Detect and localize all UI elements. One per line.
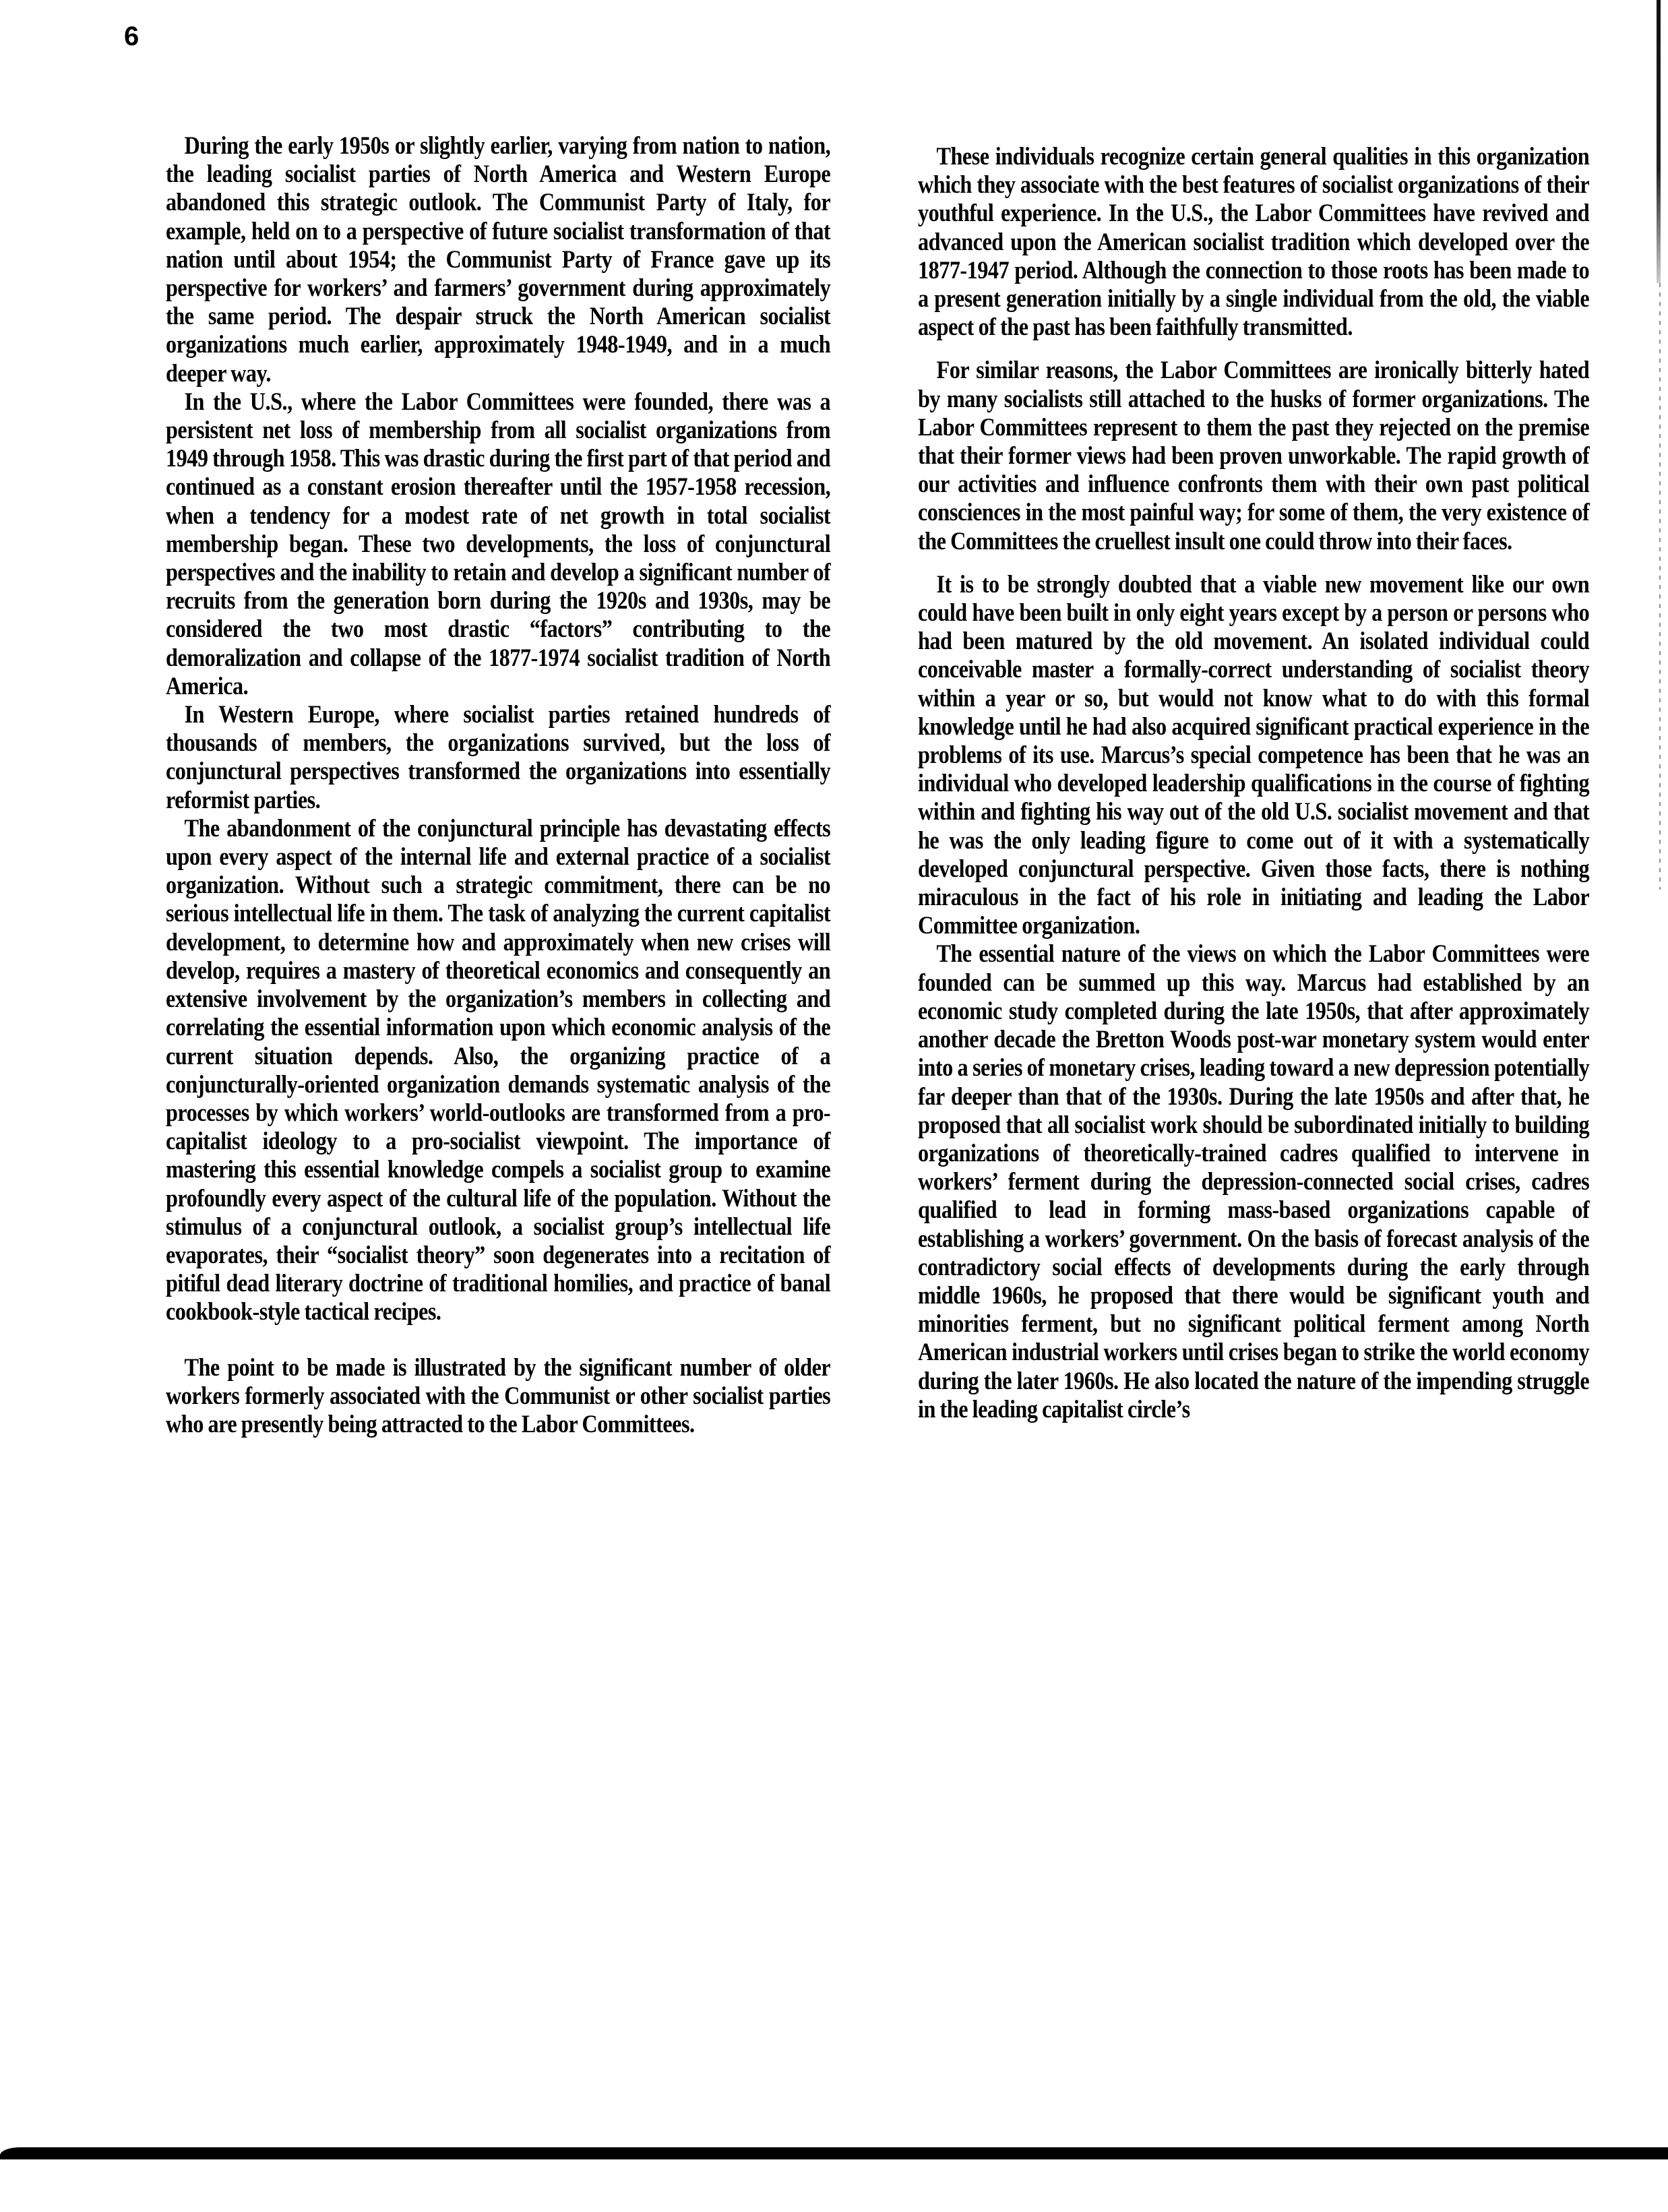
paragraph-these-individuals: These individuals recognize certain gene…	[918, 143, 1589, 342]
paragraph-point-to-be-made: The point to be made is illustrated by t…	[166, 1354, 830, 1440]
paragraph-essential-nature: The essential nature of the views on whi…	[918, 940, 1589, 1423]
paragraph-us-labor-committees: In the U.S., where the Labor Committees …	[166, 388, 830, 701]
scan-edge-dots	[1659, 283, 1661, 890]
right-column: These individuals recognize certain gene…	[918, 143, 1589, 1424]
page-number: 6	[124, 23, 139, 50]
paragraph-similar-reasons: For similar reasons, the Labor Committee…	[918, 357, 1589, 555]
bottom-rule-divider	[0, 2147, 1668, 2159]
paragraph-early-1950s: During the early 1950s or slightly earli…	[166, 132, 830, 388]
paragraph-conjunctural-principle: The abandonment of the conjunctural prin…	[166, 815, 830, 1327]
left-column: During the early 1950s or slightly earli…	[166, 132, 830, 1439]
scan-edge-artifact	[1657, 0, 1661, 283]
paragraph-strongly-doubted: It is to be strongly doubted that a viab…	[918, 571, 1589, 941]
paragraph-western-europe: In Western Europe, where socialist parti…	[166, 701, 830, 815]
